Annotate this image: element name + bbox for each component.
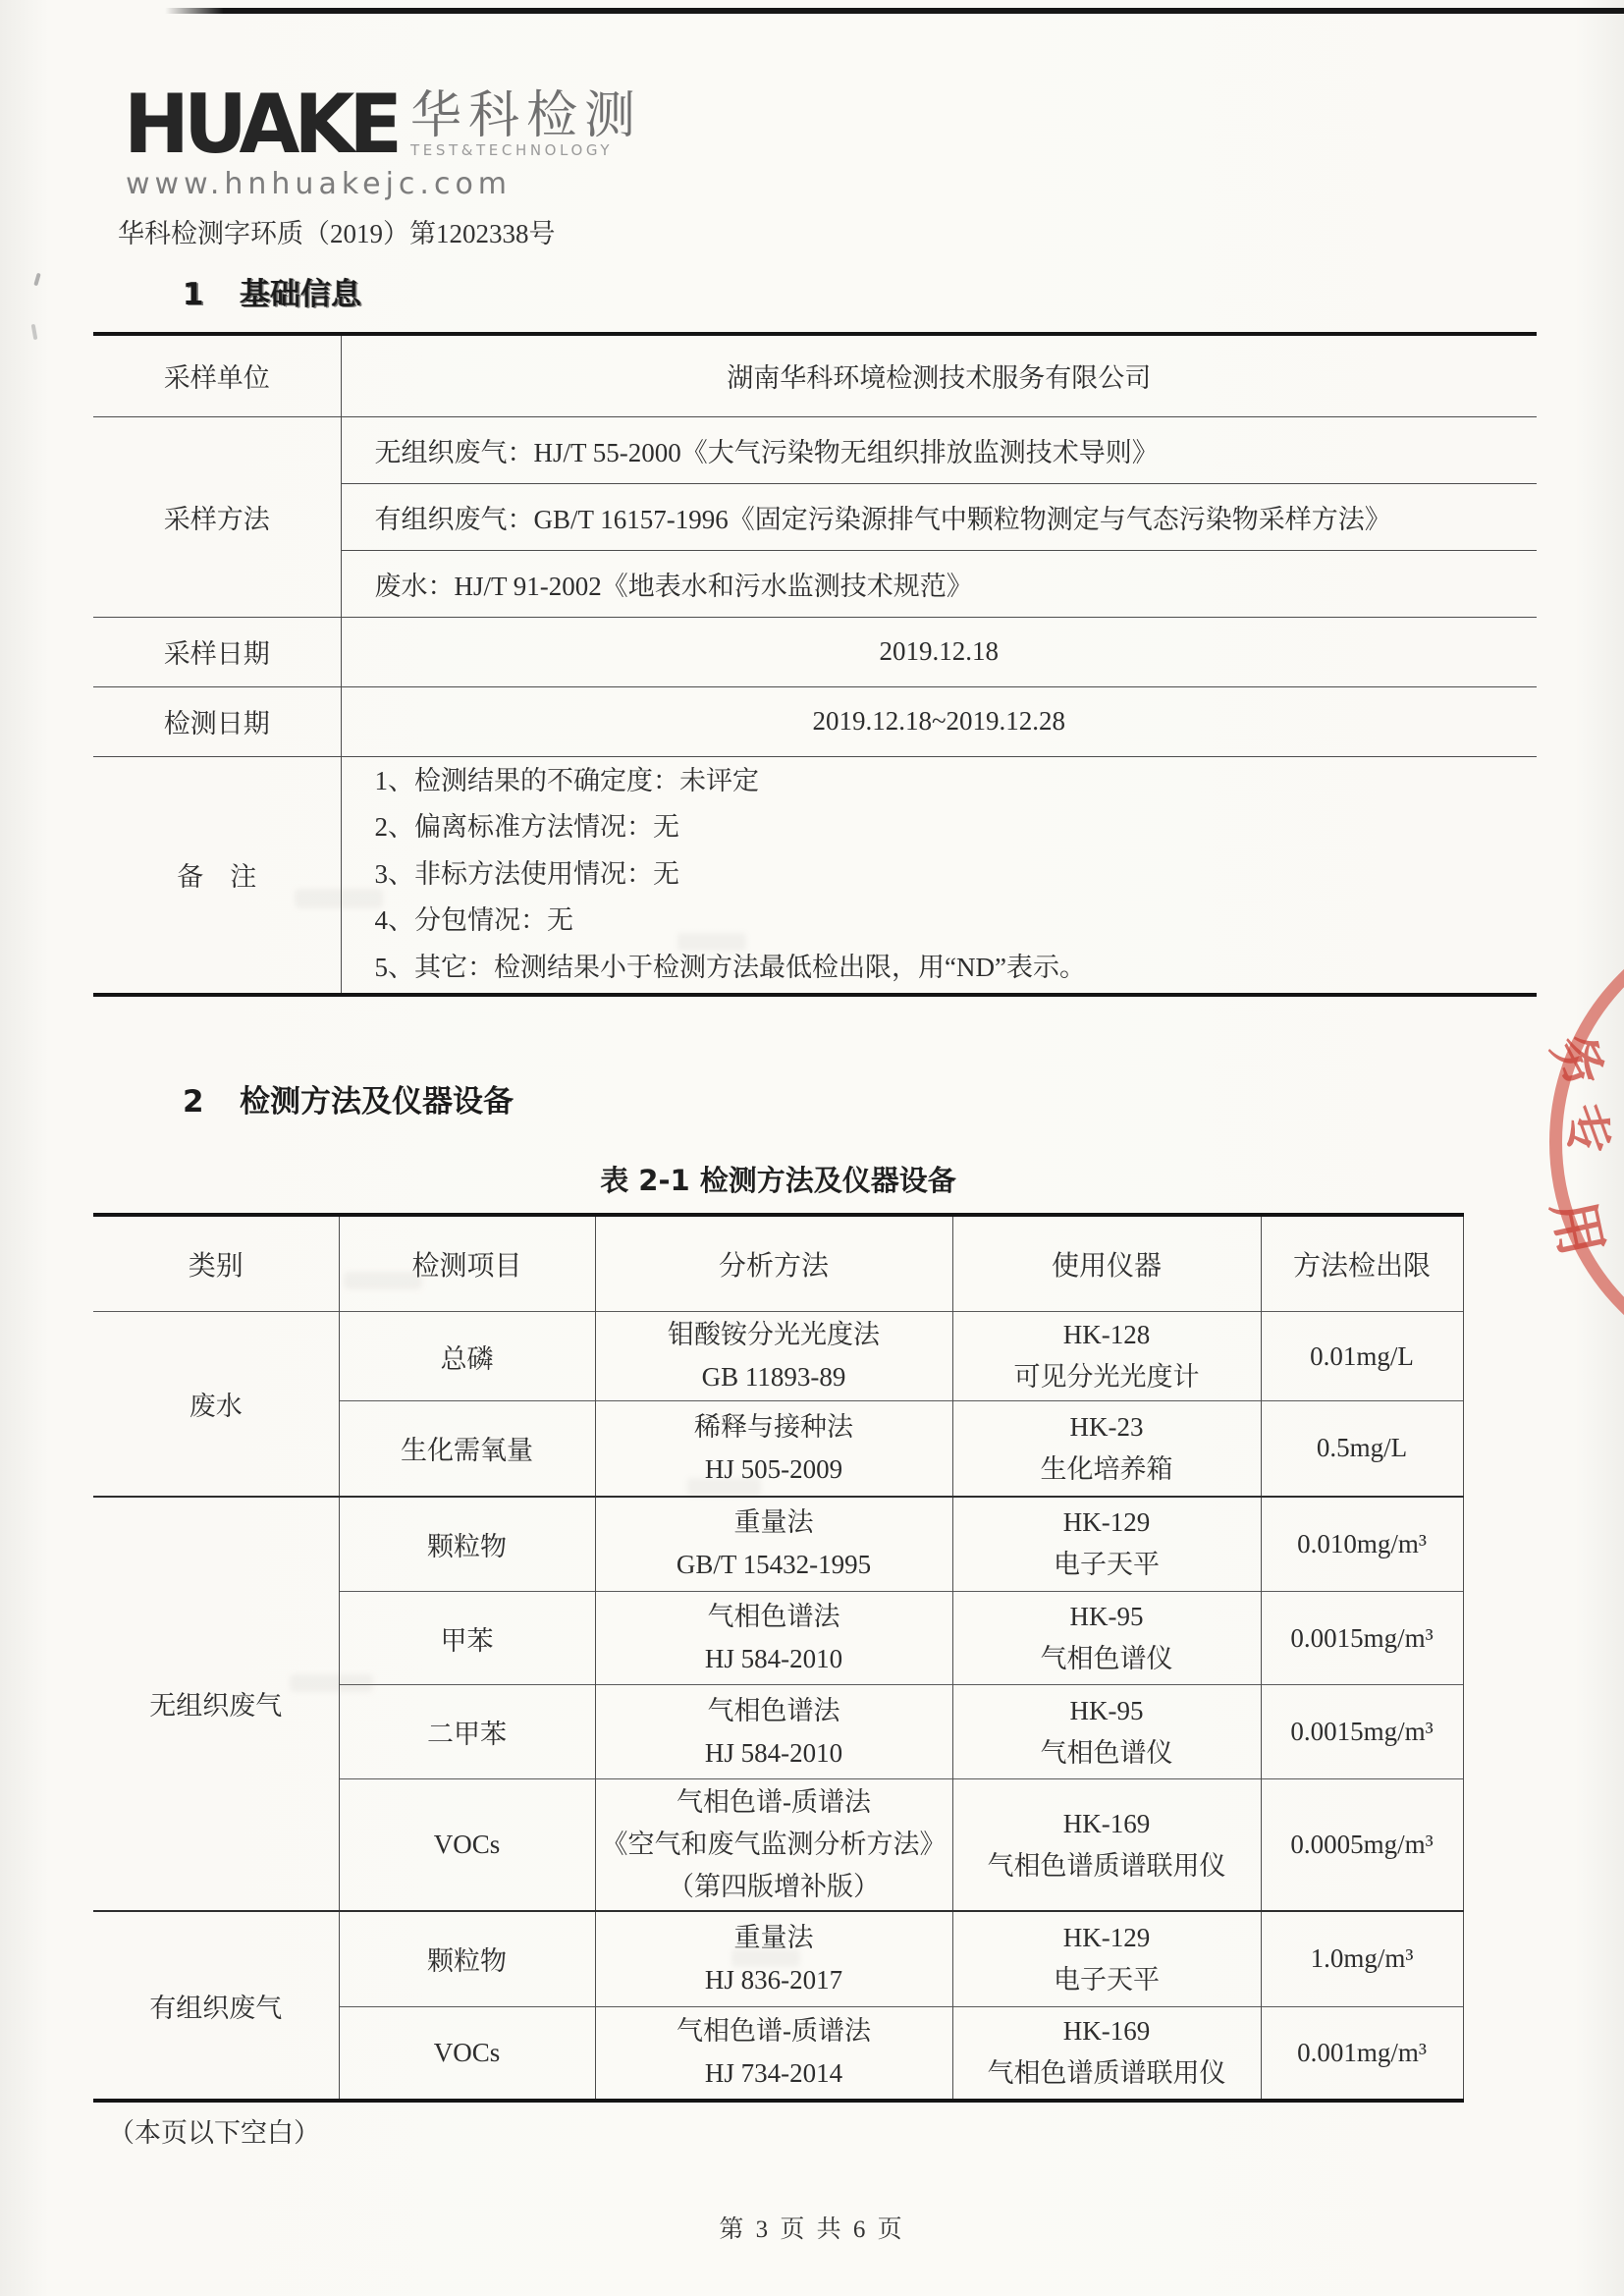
table-row-fugitive-pm: 无组织废气 颗粒物 重量法 GB/T 15432-1995 HK-129 电子天… [93,1497,1463,1592]
method-line: 钼酸铵分光光度法 [602,1314,947,1356]
method-line: HJ 584-2010 [602,1638,947,1680]
logo-chinese-name: 华科检测 [410,88,642,145]
table-row-stack-pm: 有组织废气 颗粒物 重量法 HJ 836-2017 HK-129 电子天平 1.… [93,1911,1463,2006]
instrument-cell: HK-169 气相色谱质谱联用仪 [952,2006,1261,2101]
method-line: 稀释与接种法 [602,1406,947,1449]
category-cell: 无组织废气 [93,1497,339,1912]
remarks-line: 1、检测结果的不确定度：未评定 [375,758,1538,805]
method-line: HJ 836-2017 [602,1959,947,2001]
method-line: 气相色谱法 [602,1690,947,1732]
col-header-instrument: 使用仪器 [952,1215,1261,1312]
remarks-value: 1、检测结果的不确定度：未评定 2、偏离标准方法情况：无 3、非标方法使用情况：… [341,756,1537,995]
item-cell: 二甲苯 [339,1685,595,1779]
section2-title: 检测方法及仪器设备 [240,1084,514,1120]
section1-heading: 1基础信息 [183,269,361,313]
section1-number: 1 [183,277,240,312]
method-line: GB/T 15432-1995 [602,1544,947,1586]
method-cell: 气相色谱-质谱法 HJ 734-2014 [595,2006,952,2101]
method-line: 《空气和废气监测分析方法》（第四版增补版） [602,1824,947,1908]
method-cell: 重量法 GB/T 15432-1995 [595,1497,952,1592]
method-line: 气相色谱-质谱法 [602,1781,947,1824]
logo-wordmark: HUAKE [124,87,397,163]
instrument-line: 气相色谱仪 [959,1732,1255,1775]
method-line: HJ 734-2014 [602,2052,947,2095]
method-line: GB 11893-89 [602,1356,947,1398]
item-cell: 颗粒物 [339,1497,595,1592]
limit-cell: 0.0015mg/m³ [1261,1685,1463,1779]
instrument-line: HK-169 [959,1803,1255,1845]
table-row-sampling-date: 采样日期 2019.12.18 [93,617,1537,686]
instrument-line: HK-95 [959,1596,1255,1638]
instrument-cell: HK-128 可见分光光度计 [952,1312,1261,1401]
method-cell: 气相色谱-质谱法 《空气和废气监测分析方法》（第四版增补版） [595,1779,952,1912]
instrument-line: HK-169 [959,2010,1255,2052]
col-header-item: 检测项目 [339,1215,595,1312]
document-number: 华科检测字环质（2019）第1202338号 [118,212,556,250]
limit-cell: 0.001mg/m³ [1261,2006,1463,2101]
company-logo: HUAKE 华科检测 TEST&TECHNOLOGY [124,88,642,161]
item-cell: VOCs [339,1779,595,1912]
method-line: HJ 584-2010 [602,1732,947,1775]
sampling-method-line: 废水：HJ/T 91-2002《地表水和污水监测技术规范》 [341,550,1537,617]
item-cell: VOCs [339,2006,595,2101]
method-line: 气相色谱法 [602,1596,947,1638]
instrument-line: 气相色谱质谱联用仪 [959,1845,1255,1887]
col-header-detection-limit: 方法检出限 [1261,1215,1463,1312]
table-row-sampling-method-1: 采样方法 无组织废气：HJ/T 55-2000《大气污染物无组织排放监测技术导则… [93,416,1537,483]
instrument-cell: HK-169 气相色谱质谱联用仪 [952,1779,1261,1912]
category-cell: 有组织废气 [93,1911,339,2101]
method-cell: 重量法 HJ 836-2017 [595,1911,952,2006]
instrument-line: 气相色谱仪 [959,1638,1255,1680]
limit-cell: 0.0015mg/m³ [1261,1592,1463,1685]
instrument-cell: HK-95 气相色谱仪 [952,1685,1261,1779]
instrument-cell: HK-23 生化培养箱 [952,1401,1261,1497]
sampling-method-line: 无组织废气：HJ/T 55-2000《大气污染物无组织排放监测技术导则》 [341,416,1537,483]
row-label: 备 注 [93,756,341,995]
limit-cell: 0.01mg/L [1261,1312,1463,1401]
website-url: www.hnhuakejc.com [126,167,512,201]
remarks-line: 2、偏离标准方法情况：无 [375,804,1538,851]
col-header-category: 类别 [93,1215,339,1312]
table-2-1-title: 表 2-1 检测方法及仪器设备 [93,1159,1463,1199]
table-row-wastewater-tp: 废水 总磷 钼酸铵分光光度法 GB 11893-89 HK-128 可见分光光度… [93,1312,1463,1401]
row-label: 采样方法 [93,416,341,617]
methods-equipment-table: 类别 检测项目 分析方法 使用仪器 方法检出限 废水 总磷 钼酸铵分光光度法 G… [93,1213,1464,2103]
instrument-line: 电子天平 [959,1544,1255,1586]
item-cell: 生化需氧量 [339,1401,595,1497]
instrument-line: 电子天平 [959,1959,1255,2001]
instrument-line: 生化培养箱 [959,1449,1255,1491]
instrument-line: 气相色谱质谱联用仪 [959,2052,1255,2095]
instrument-cell: HK-129 电子天平 [952,1497,1261,1592]
method-cell: 气相色谱法 HJ 584-2010 [595,1592,952,1685]
method-line: 气相色谱-质谱法 [602,2010,947,2052]
logo-tagline: TEST&TECHNOLOGY [410,141,642,159]
item-cell: 甲苯 [339,1592,595,1685]
row-label: 检测日期 [93,686,341,756]
instrument-line: HK-128 [959,1314,1255,1356]
row-label: 采样日期 [93,617,341,686]
test-date-value: 2019.12.18~2019.12.28 [341,686,1537,756]
remarks-line: 3、非标方法使用情况：无 [375,851,1538,899]
limit-cell: 0.0005mg/m³ [1261,1779,1463,1912]
section2-heading: 2检测方法及仪器设备 [183,1076,514,1121]
limit-cell: 0.010mg/m³ [1261,1497,1463,1592]
section2-number: 2 [183,1084,240,1120]
logo-right-block: 华科检测 TEST&TECHNOLOGY [410,88,642,159]
page-number-footer: 第 3 页 共 6 页 [0,2210,1624,2245]
table-row-remarks: 备 注 1、检测结果的不确定度：未评定 2、偏离标准方法情况：无 3、非标方法使… [93,756,1537,995]
col-header-method: 分析方法 [595,1215,952,1312]
instrument-line: HK-95 [959,1690,1255,1732]
table-header-row: 类别 检测项目 分析方法 使用仪器 方法检出限 [93,1215,1463,1312]
method-line: 重量法 [602,1502,947,1544]
remarks-line: 4、分包情况：无 [375,898,1538,945]
limit-cell: 0.5mg/L [1261,1401,1463,1497]
method-line: HJ 505-2009 [602,1449,947,1491]
instrument-line: HK-23 [959,1406,1255,1449]
remarks-line: 5、其它：检测结果小于检测方法最低检出限，用“ND”表示。 [375,945,1538,992]
sampling-date-value: 2019.12.18 [341,617,1537,686]
item-cell: 总磷 [339,1312,595,1401]
scanned-report-page: HUAKE 华科检测 TEST&TECHNOLOGY www.hnhuakejc… [0,0,1624,2296]
limit-cell: 1.0mg/m³ [1261,1911,1463,2006]
item-cell: 颗粒物 [339,1911,595,2006]
instrument-line: HK-129 [959,1917,1255,1959]
section1-title: 基础信息 [240,277,361,312]
category-cell: 废水 [93,1312,339,1497]
table-row-sampling-unit: 采样单位 湖南华科环境检测技术服务有限公司 [93,334,1537,416]
scan-noise-mark [31,324,38,340]
instrument-line: 可见分光光度计 [959,1356,1255,1398]
scan-artifact-top-bar [165,8,1624,14]
basic-info-table: 采样单位 湖南华科环境检测技术服务有限公司 采样方法 无组织废气：HJ/T 55… [93,332,1537,997]
method-cell: 稀释与接种法 HJ 505-2009 [595,1401,952,1497]
table-row-test-date: 检测日期 2019.12.18~2019.12.28 [93,686,1537,756]
row-label: 采样单位 [93,334,341,416]
sampling-method-line: 有组织废气：GB/T 16157-1996《固定污染源排气中颗粒物测定与气态污染… [341,483,1537,550]
scan-noise-mark [33,273,40,287]
sampling-unit-value: 湖南华科环境检测技术服务有限公司 [341,334,1537,416]
instrument-line: HK-129 [959,1502,1255,1544]
instrument-cell: HK-95 气相色谱仪 [952,1592,1261,1685]
blank-below-note: （本页以下空白） [108,2111,320,2150]
instrument-cell: HK-129 电子天平 [952,1911,1261,2006]
method-cell: 气相色谱法 HJ 584-2010 [595,1685,952,1779]
method-line: 重量法 [602,1917,947,1959]
method-cell: 钼酸铵分光光度法 GB 11893-89 [595,1312,952,1401]
